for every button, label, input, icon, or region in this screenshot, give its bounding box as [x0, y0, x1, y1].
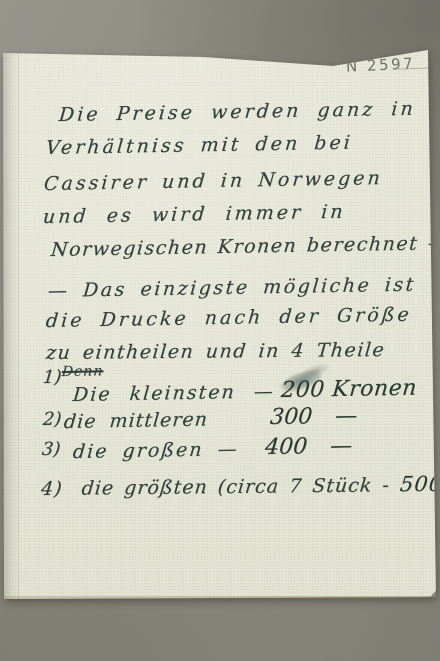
scan-background: N 2597 Die Preise werden ganz in Verhält… [0, 0, 440, 661]
letter-line-4: und es wird immer in [42, 202, 346, 228]
letter-line-7: die Drucke nach der Größe [45, 305, 413, 332]
list-item-4-number: 4) [40, 478, 64, 500]
letter-line-8: zu eintheilen und in 4 Theile [45, 340, 386, 364]
list-item-2-number: 2) [42, 410, 62, 430]
list-item-1-number: 1) [42, 368, 62, 388]
list-item-1-label: Die kleinsten — [72, 381, 276, 405]
letter-line-2: Verhältniss mit den bei [45, 133, 354, 159]
list-item-4-price: 500 Kron [399, 471, 440, 496]
list-item-4: 4) die größten (circa 7 Stück - 500 Kron [40, 472, 440, 500]
page-bottom-edge [3, 596, 436, 599]
letter-line-1: Die Preise werden ganz in [58, 99, 417, 126]
list-item-3-price: 400 — [264, 434, 353, 460]
page-crease-line [18, 46, 19, 599]
letter-line-6: — Das einzigste mögliche ist [47, 275, 417, 302]
corner-fold [428, 589, 437, 600]
list-item-2-price: 300 — [269, 404, 358, 430]
letter-line-3: Cassirer und in Norwegen [43, 168, 384, 195]
letter-line-5: Norwegischen Kronen berechnet — [50, 233, 440, 261]
catalog-number: N 2597 [346, 54, 416, 76]
list-item-1-price: 200 Kronen [280, 377, 418, 404]
list-item-2-label: die mittleren [63, 409, 209, 432]
list-item-3-label: die großen — [72, 439, 240, 463]
list-item-3-number: 3) [41, 440, 61, 460]
letter-page: N 2597 Die Preise werden ganz in Verhält… [3, 46, 436, 599]
list-item-4-label: die größten (circa 7 Stück - [81, 474, 391, 499]
list-item-1-struck-word: Denn [61, 364, 104, 380]
